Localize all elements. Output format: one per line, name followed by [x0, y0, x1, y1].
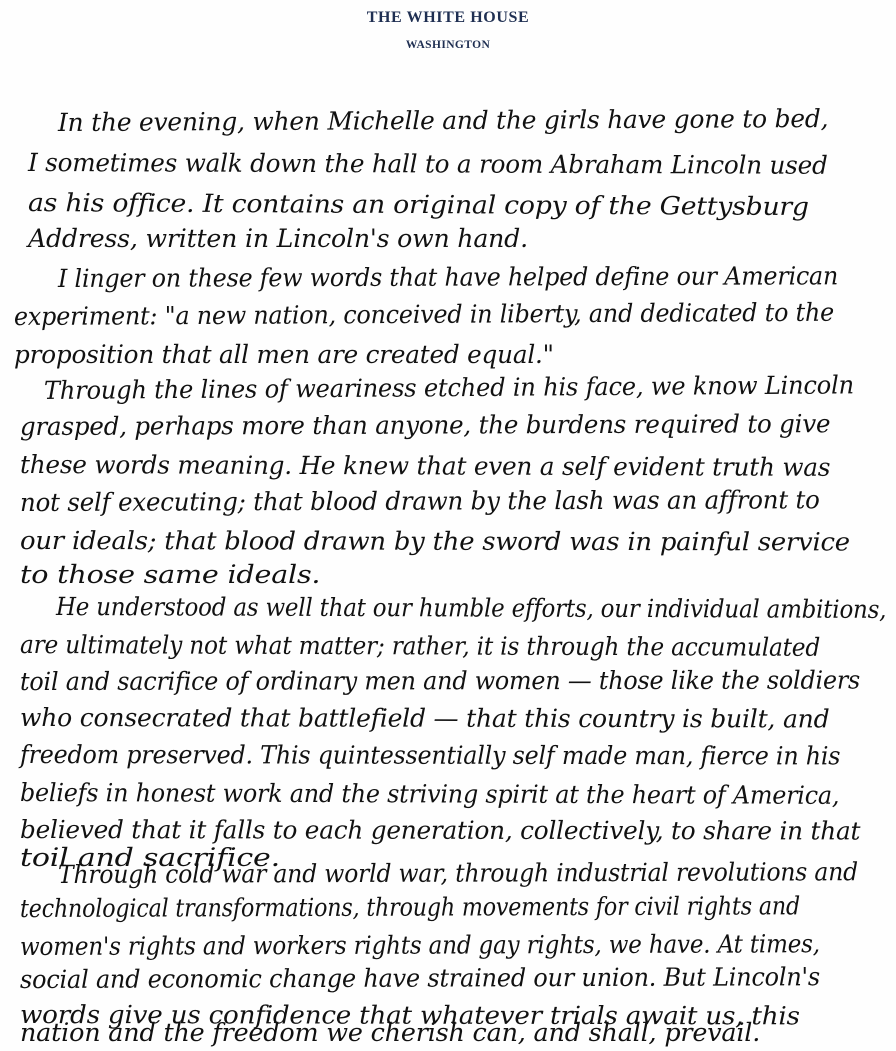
- paragraph-5: Through cold war and world war, through …: [0, 0, 896, 1051]
- text-line: nation and the freedom we cherish can, a…: [20, 1018, 760, 1048]
- text-line: women's rights and workers rights and ga…: [20, 929, 820, 962]
- text-line: Through cold war and world war, through …: [58, 857, 858, 890]
- handwritten-letter-body: In the evening, when Michelle and the gi…: [0, 0, 896, 1051]
- text-line: social and economic change have strained…: [20, 962, 820, 995]
- text-line: technological transformations, through m…: [20, 891, 800, 924]
